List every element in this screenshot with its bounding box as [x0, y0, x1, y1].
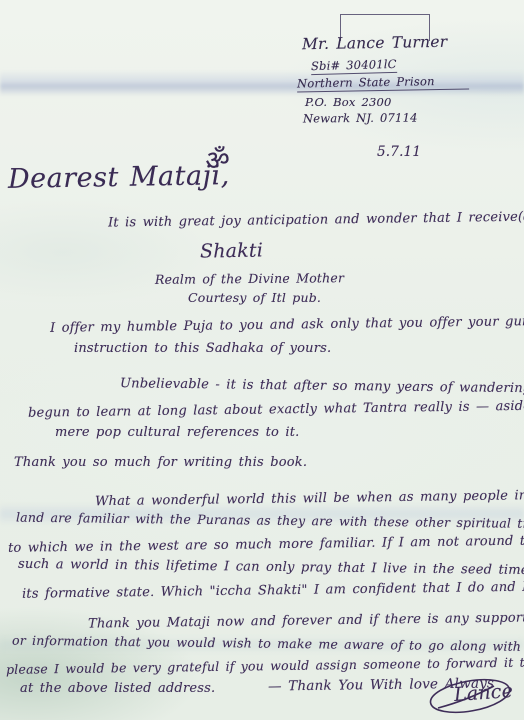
body-line: It is with great joy anticipation and wo… — [108, 208, 524, 230]
body-line: at the above listed address. — [20, 681, 215, 696]
book-title: Shakti — [200, 239, 263, 262]
signature: Lance — [453, 680, 513, 706]
body-line: instruction to this Sadhaka of yours. — [74, 341, 331, 356]
body-line: to which we in the west are so much more… — [8, 533, 524, 556]
sender-po-box: P.O. Box 2300 — [305, 95, 392, 109]
sender-id: Sbi# 30401lC — [311, 57, 397, 75]
letter-page: Mr. Lance Turner Sbi# 30401lC Northern S… — [0, 0, 524, 720]
body-line: Unbelievable - it is that after so many … — [120, 376, 524, 397]
book-subtitle: Realm of the Divine Mother — [155, 270, 344, 287]
body-line: its formative state. Which "iccha Shakti… — [22, 579, 524, 601]
body-line: land are familiar with the Puranas as th… — [16, 510, 524, 532]
sender-institution: Northern State Prison — [297, 74, 469, 93]
body-line: or information that you would wish to ma… — [12, 633, 524, 655]
body-line: Thank you Mataji now and forever and if … — [88, 609, 524, 631]
body-line: such a world in this lifetime I can only… — [18, 557, 524, 578]
sender-name: Mr. Lance Turner — [302, 33, 448, 54]
signature-block: Lance — [428, 672, 520, 718]
letter-date: 5.7.11 — [377, 144, 421, 160]
salutation: Dearest Mataji, — [8, 160, 230, 195]
book-courtesy: Courtesy of Itl pub. — [188, 290, 321, 305]
sender-city: Newark NJ. 07114 — [303, 111, 418, 126]
body-line: I offer my humble Puja to you and ask on… — [50, 313, 524, 336]
body-line: mere pop cultural references to it. — [55, 425, 300, 440]
body-line: What a wonderful world this will be when… — [95, 488, 524, 509]
body-line: begun to learn at long last about exactl… — [28, 398, 524, 421]
body-line: Thank you so much for writing this book. — [14, 455, 307, 470]
